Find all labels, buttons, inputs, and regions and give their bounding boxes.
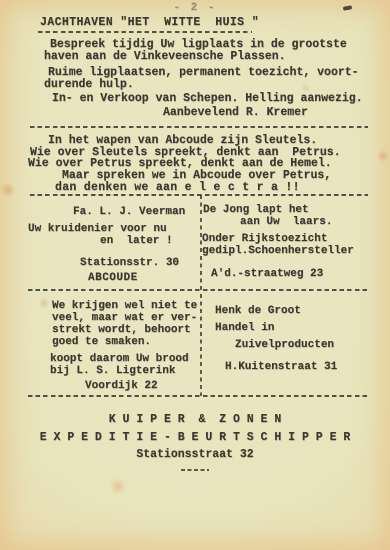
ad-degroot: Henk de Groot Handel in Zuivelproducten … (202, 289, 368, 397)
text-line: Zuivelproducten (202, 339, 334, 351)
poem-line: dan denken we aan e l e c t r a !! (28, 182, 372, 194)
ad-grid: Fa. L. J. Veerman Uw kruidenier voor nu … (28, 194, 368, 397)
ad-jachthaven-paragraph-1: Bespreek tijdig Uw ligplaats in de groot… (30, 39, 347, 62)
text-line: Onder Rijkstoezicht (202, 233, 327, 245)
ad-kuiper-name: K U I P E R & Z O N E N (0, 411, 390, 429)
text-line: Handel in (202, 322, 274, 334)
text-line: goed te smaken. (28, 336, 151, 348)
ad-degroot-name: Henk de Groot (202, 305, 301, 317)
ad-jachthaven-paragraph-3: In- en Verkoop van Schepen. Helling aanw… (30, 93, 363, 105)
ad-jachthaven-paragraph-2: Ruime ligplaatsen, permanent toezicht, v… (30, 67, 359, 90)
ad-degroot-address: H.Kuitenstraat 31 (202, 361, 337, 373)
ad-electra-poem: In het wapen van Abcoude zijn Sleutels. … (28, 135, 372, 194)
ad-veerman-address: Stationsstr. 30 (28, 257, 179, 269)
text-line: veel, maar wat er ver- (28, 312, 197, 324)
ad-dejong: De Jong lapt het aan Uw laars. Onder Rij… (202, 194, 368, 289)
ad-veerman-city: ABCOUDE (28, 272, 138, 284)
text-line: en later ! (28, 235, 173, 247)
text-line: Ruime ligplaatsen, permanent toezicht, v… (30, 67, 359, 79)
poem-line: In het wapen van Abcoude zijn Sleutels. (28, 135, 372, 147)
ad-jachthaven-title: JACHTHAVEN "HET WITTE HUIS " (40, 17, 259, 29)
page-number: - 2 - (0, 3, 390, 15)
text-line: Bespreek tijdig Uw ligplaats in de groot… (30, 39, 347, 51)
mini-dashed-rule (181, 469, 209, 471)
ad-jachthaven-signature: Aanbevelend R. Kremer (30, 107, 308, 119)
text-line: We krijgen wel niet te (28, 300, 197, 312)
text-line: haven aan de Vinkeveensche Plassen. (30, 51, 347, 63)
ad-ligterink-address: Voordijk 22 (28, 380, 158, 392)
ad-veerman: Fa. L. J. Veerman Uw kruidenier voor nu … (28, 194, 198, 289)
text-line: Uw kruidenier voor nu (28, 223, 167, 235)
text-line: bij L. S. Ligterink (28, 365, 175, 377)
ad-kuiper-trade: E X P E D I T I E - B E U R T S C H I P … (0, 429, 390, 447)
text-line: De Jong lapt het (202, 204, 309, 216)
text-line: durende hulp. (30, 79, 359, 91)
ad-kuiper: K U I P E R & Z O N E N E X P E D I T I … (0, 411, 390, 471)
ad-dejong-address: A'd.-straatweg 23 (202, 268, 323, 280)
text-line: gedipl.Schoenhersteller (202, 245, 354, 257)
ad-kuiper-address: Stationsstraat 32 (0, 446, 390, 464)
ad-ligterink: We krijgen wel niet te veel, maar wat er… (28, 289, 200, 397)
scanned-advert-page: - 2 - JACHTHAVEN "HET WITTE HUIS " Bespr… (0, 0, 390, 550)
text-line: strekt wordt, behoort (28, 324, 191, 336)
dashed-separator (30, 126, 368, 128)
text-line: aan Uw laars. (202, 216, 332, 228)
title-dashed-underline (38, 31, 252, 33)
ad-veerman-name: Fa. L. J. Veerman (28, 206, 185, 218)
text-line: koopt daarom Uw brood (28, 353, 189, 365)
